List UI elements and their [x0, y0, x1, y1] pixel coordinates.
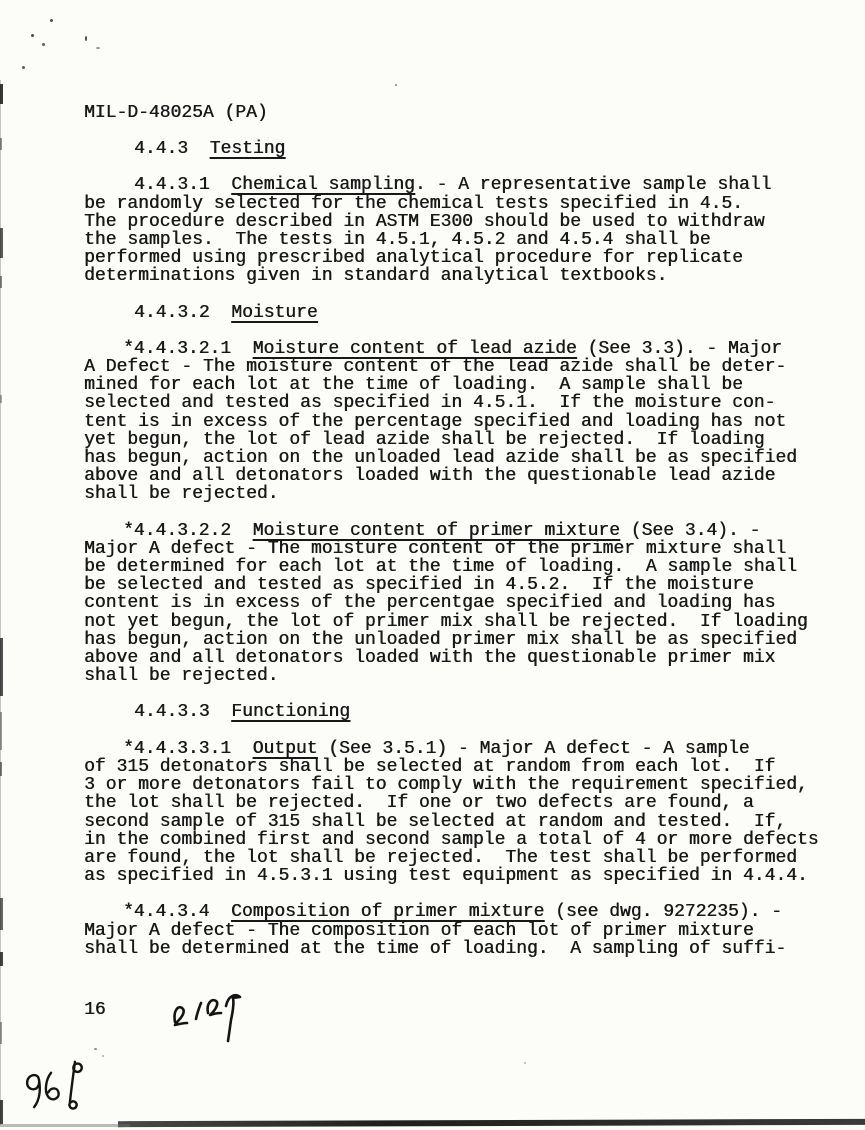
ink-speck: [31, 34, 34, 37]
section-4-4-3-1: 4.4.3.1 Chemical sampling. - A represent…: [84, 176, 848, 285]
scan-artifact: [0, 952, 3, 966]
section-title-tail: (See 3.4). -: [620, 521, 760, 541]
section-title: Moisture content of lead azide: [253, 339, 577, 359]
section-title-tail: (see dwg. 9272235). -: [544, 902, 782, 922]
scan-artifact: [0, 712, 2, 750]
handwritten-number-2127: [168, 986, 250, 1048]
handwritten-note-96-percent: [12, 1041, 104, 1119]
page-number: 16: [84, 1000, 106, 1020]
ink-speck: [524, 1062, 526, 1064]
section-number: *4.4.3.3.1: [123, 739, 253, 759]
section-title-tail: (See 3.3). - Major: [577, 339, 782, 359]
scan-artifact: [0, 228, 3, 258]
scan-bottom-edge-faint: [0, 1124, 130, 1127]
section-title: Testing: [210, 139, 286, 159]
section-number: *4.4.3.4: [123, 902, 231, 922]
section-4-4-3: 4.4.3 Testing: [84, 140, 848, 158]
paragraph-first-line: *4.4.3.2.1 Moisture content of lead azid…: [84, 340, 848, 358]
section-title-tail: (See 3.5.1) - Major A defect - A sample: [317, 739, 749, 759]
section-heading-line: 4.4.3.2 Moisture: [84, 304, 848, 322]
section-4-4-3-4: *4.4.3.4 Composition of primer mixture (…: [84, 903, 848, 958]
section-title: Moisture: [231, 303, 317, 323]
section-number: 4.4.3: [134, 139, 210, 159]
scan-artifact: [0, 1022, 2, 1044]
paragraph-text: Major A defect - The composition of each…: [84, 922, 848, 958]
section-number: 4.4.3.3: [134, 702, 231, 722]
document-id-text: MIL-D-48025A (PA): [84, 103, 268, 123]
section-number: *4.4.3.2.2: [123, 521, 253, 541]
ink-speck: [96, 47, 100, 49]
scan-artifact: [0, 638, 3, 696]
section-title: Moisture content of primer mixture: [253, 521, 620, 541]
scan-artifact: [0, 276, 2, 288]
section-title-tail: . - A representative sample shall: [415, 175, 771, 195]
scan-artifact: [0, 898, 3, 930]
ink-speck: [50, 19, 53, 22]
paragraph-first-line: *4.4.3.3.1 Output (See 3.5.1) - Major A …: [84, 740, 848, 758]
section-title: Output: [253, 739, 318, 759]
section-4-4-3-2-2: *4.4.3.2.2 Moisture content of primer mi…: [84, 522, 848, 686]
section-title: Functioning: [231, 702, 350, 722]
section-number: *4.4.3.2.1: [123, 339, 253, 359]
scan-artifact: [0, 395, 2, 403]
paragraph-first-line: 4.4.3.1 Chemical sampling. - A represent…: [84, 176, 848, 194]
handwriting-2127-strokes: [168, 986, 250, 1048]
scan-artifact: [0, 762, 2, 776]
paragraph-first-line: *4.4.3.2.2 Moisture content of primer mi…: [84, 522, 848, 540]
section-4-4-3-3-1: *4.4.3.3.1 Output (See 3.5.1) - Major A …: [84, 740, 848, 886]
section-number: 4.4.3.1: [134, 175, 231, 195]
ink-speck: [395, 84, 397, 86]
paragraph-text: A Defect - The moisture content of the l…: [84, 358, 848, 504]
document-body: MIL-D-48025A (PA) 4.4.3 Testing 4.4.3.1 …: [84, 104, 848, 976]
section-title: Chemical sampling: [231, 175, 415, 195]
paragraph-text: Major A defect - The moisture content of…: [84, 540, 848, 686]
scan-artifact: [0, 84, 3, 104]
ink-speck: [85, 36, 87, 41]
scan-bottom-edge: [118, 1119, 865, 1127]
section-heading-line: 4.4.3 Testing: [84, 140, 848, 158]
paragraph-text: be randomly selected for the chemical te…: [84, 195, 848, 286]
paragraph-first-line: *4.4.3.4 Composition of primer mixture (…: [84, 903, 848, 921]
scanned-document-page: MIL-D-48025A (PA) 4.4.3 Testing 4.4.3.1 …: [0, 0, 865, 1130]
handwriting-96-strokes: [12, 1041, 104, 1119]
paragraph-text: of 315 detonators shall be selected at r…: [84, 758, 848, 885]
scan-artifact: [0, 138, 2, 150]
ink-speck: [102, 1055, 104, 1057]
scan-artifact: [0, 1100, 3, 1124]
ink-speck: [42, 43, 45, 46]
document-id-header: MIL-D-48025A (PA): [84, 104, 848, 122]
section-number: 4.4.3.2: [134, 303, 231, 323]
ink-speck: [22, 66, 25, 69]
section-4-4-3-2-1: *4.4.3.2.1 Moisture content of lead azid…: [84, 340, 848, 504]
section-4-4-3-2: 4.4.3.2 Moisture: [84, 304, 848, 322]
section-heading-line: 4.4.3.3 Functioning: [84, 703, 848, 721]
section-4-4-3-3: 4.4.3.3 Functioning: [84, 703, 848, 721]
section-title: Composition of primer mixture: [231, 902, 544, 922]
